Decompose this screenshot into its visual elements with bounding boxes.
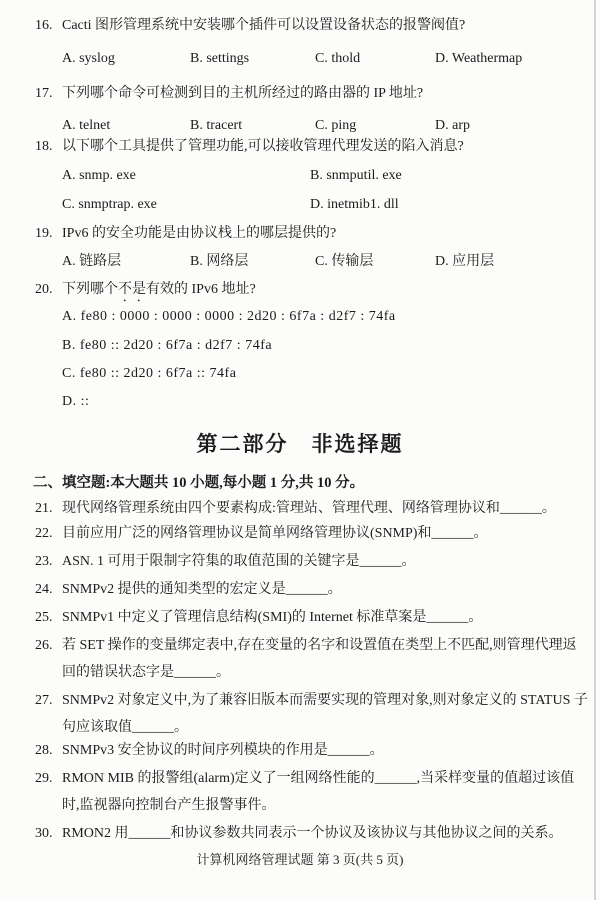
question-22: 22.目前应用广泛的网络管理协议是简单网络管理协议(SNMP)和______。 xyxy=(35,520,588,547)
question-20-option-d: D. :: xyxy=(62,388,592,415)
question-24: 24.SNMPv2 提供的通知类型的宏定义是______。 xyxy=(35,576,588,603)
question-26-number: 26. xyxy=(35,632,62,659)
question-19-option-a: A. 链路层 xyxy=(62,248,190,275)
question-24-number: 24. xyxy=(35,576,62,603)
scan-edge-line xyxy=(594,0,596,900)
question-17: 17.下列哪个命令可检测到目的主机所经过的路由器的 IP 地址? xyxy=(35,80,588,107)
question-25-number: 25. xyxy=(35,604,62,631)
question-22-number: 22. xyxy=(35,520,62,547)
question-18-option-b: B. snmputil. exe xyxy=(310,162,592,189)
question-23-text: ASN. 1 可用于限制字符集的取值范围的关键字是______。 xyxy=(62,554,416,569)
question-16-option-b: B. settings xyxy=(190,45,315,72)
question-21: 21.现代网络管理系统由四个要素构成:管理站、管理代理、网络管理协议和_____… xyxy=(35,495,588,522)
question-18-option-c: C. snmptrap. exe xyxy=(62,191,310,218)
question-16-stem: Cacti 图形管理系统中安装哪个插件可以设置设备状态的报警阀值? xyxy=(62,18,465,33)
question-24-text: SNMPv2 提供的通知类型的宏定义是______。 xyxy=(62,582,342,597)
question-18-stem: 以下哪个工具提供了管理功能,可以接收管理代理发送的陷入消息? xyxy=(62,139,464,154)
question-28-number: 28. xyxy=(35,737,62,764)
question-18-options-row-2: C. snmptrap. exe D. inetmib1. dll xyxy=(62,191,592,218)
question-19-options: A. 链路层 B. 网络层 C. 传输层 D. 应用层 xyxy=(62,248,592,275)
exam-paper-page: 16.Cacti 图形管理系统中安装哪个插件可以设置设备状态的报警阀值? A. … xyxy=(0,0,600,900)
question-23: 23.ASN. 1 可用于限制字符集的取值范围的关键字是______。 xyxy=(35,548,588,575)
question-25-text: SNMPv1 中定义了管理信息结构(SMI)的 Internet 标准草案是__… xyxy=(62,610,482,625)
question-19: 19.IPv6 的安全功能是由协议栈上的哪层提供的? xyxy=(35,220,588,247)
question-30: 30.RMON2 用______和协议参数共同表示一个协议及该协议与其他协议之间… xyxy=(35,820,588,847)
question-28: 28.SNMPv3 安全协议的时间序列模块的作用是______。 xyxy=(35,737,588,764)
question-16-option-c: C. thold xyxy=(315,45,435,72)
question-28-text: SNMPv3 安全协议的时间序列模块的作用是______。 xyxy=(62,743,384,758)
question-18-number: 18. xyxy=(35,133,62,160)
question-18-option-d: D. inetmib1. dll xyxy=(310,191,592,218)
question-20-option-c: C. fe80 :: 2d20 : 6f7a :: 74fa xyxy=(62,360,592,387)
fill-in-section-header: 二、填空题:本大题共 10 小题,每小题 1 分,共 10 分。 xyxy=(33,470,592,497)
question-23-number: 23. xyxy=(35,548,62,575)
question-20-stem-post: 有效的 IPv6 地址? xyxy=(146,282,256,297)
question-29: 29.RMON MIB 的报警组(alarm)定义了一组网络性能的______,… xyxy=(35,765,588,819)
question-27: 27.SNMPv2 对象定义中,为了兼容旧版本而需要实现的管理对象,则对象定义的… xyxy=(35,687,588,741)
question-30-number: 30. xyxy=(35,820,62,847)
question-19-option-d: D. 应用层 xyxy=(435,248,592,275)
question-29-number: 29. xyxy=(35,765,62,792)
question-20-option-a: A. fe80 : 0000 : 0000 : 0000 : 2d20 : 6f… xyxy=(62,303,592,330)
section-2-heading: 第二部分 非选择题 xyxy=(0,428,600,460)
question-19-number: 19. xyxy=(35,220,62,247)
question-18-option-a: A. snmp. exe xyxy=(62,162,310,189)
question-20-stem-emphasis: 不是 xyxy=(118,282,146,297)
question-26-text: 若 SET 操作的变量绑定表中,存在变量的名字和设置值在类型上不匹配,则管理代理… xyxy=(62,638,577,680)
question-16-option-d: D. Weathermap xyxy=(435,45,592,72)
question-26: 26.若 SET 操作的变量绑定表中,存在变量的名字和设置值在类型上不匹配,则管… xyxy=(35,632,588,686)
question-16-option-a: A. syslog xyxy=(62,45,190,72)
question-20: 20.下列哪个不是有效的 IPv6 地址? xyxy=(35,276,588,305)
question-18-options-row-1: A. snmp. exe B. snmputil. exe xyxy=(62,162,592,189)
question-22-text: 目前应用广泛的网络管理协议是简单网络管理协议(SNMP)和______。 xyxy=(62,526,487,541)
question-19-stem: IPv6 的安全功能是由协议栈上的哪层提供的? xyxy=(62,226,336,241)
question-25: 25.SNMPv1 中定义了管理信息结构(SMI)的 Internet 标准草案… xyxy=(35,604,588,631)
question-19-option-b: B. 网络层 xyxy=(190,248,315,275)
question-27-text: SNMPv2 对象定义中,为了兼容旧版本而需要实现的管理对象,则对象定义的 ST… xyxy=(62,693,588,735)
question-20-option-b: B. fe80 :: 2d20 : 6f7a : d2f7 : 74fa xyxy=(62,332,592,359)
question-20-stem-pre: 下列哪个 xyxy=(62,282,118,297)
question-20-number: 20. xyxy=(35,276,62,303)
question-16-options: A. syslog B. settings C. thold D. Weathe… xyxy=(62,45,592,72)
question-17-stem: 下列哪个命令可检测到目的主机所经过的路由器的 IP 地址? xyxy=(62,86,423,101)
question-16-number: 16. xyxy=(35,12,62,39)
question-21-number: 21. xyxy=(35,495,62,522)
question-21-text: 现代网络管理系统由四个要素构成:管理站、管理代理、网络管理协议和______。 xyxy=(62,501,556,516)
question-18: 18.以下哪个工具提供了管理功能,可以接收管理代理发送的陷入消息? xyxy=(35,133,588,160)
question-27-number: 27. xyxy=(35,687,62,714)
question-30-text: RMON2 用______和协议参数共同表示一个协议及该协议与其他协议之间的关系… xyxy=(62,826,563,841)
question-19-option-c: C. 传输层 xyxy=(315,248,435,275)
page-footer: 计算机网络管理试题 第 3 页(共 5 页) xyxy=(0,851,600,869)
question-29-text: RMON MIB 的报警组(alarm)定义了一组网络性能的______,当采样… xyxy=(62,771,574,813)
question-17-number: 17. xyxy=(35,80,62,107)
question-16: 16.Cacti 图形管理系统中安装哪个插件可以设置设备状态的报警阀值? xyxy=(35,12,588,39)
